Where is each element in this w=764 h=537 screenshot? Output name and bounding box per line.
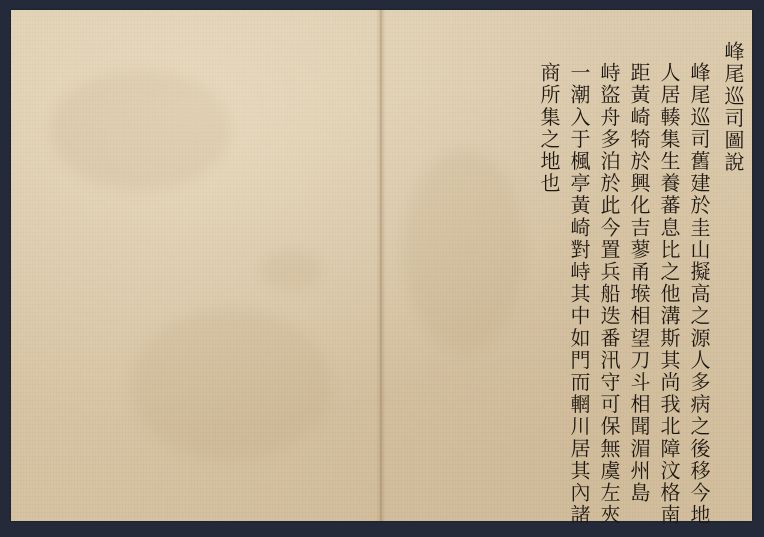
text-column-3: 距黃崎犄於興化吉蓼甬堠相望刀斗相聞湄州島 (628, 62, 650, 518)
paper-stain (131, 310, 331, 460)
paper-stain (51, 70, 231, 190)
album-leaf-paper: 峰尾巡司圖說 峰尾巡司舊建於圭山擬高之源人多病之後移今地 人居輳集生養蕃息比之他… (11, 10, 752, 521)
text-column-4: 峙盜舟多泊於此今置兵船迭番汛守可保無虞左夾 (598, 62, 620, 518)
vertical-text-block: 峰尾巡司圖說 峰尾巡司舊建於圭山擬高之源人多病之後移今地 人居輳集生養蕃息比之他… (538, 38, 746, 518)
text-column-6: 商所集之地也 (538, 62, 560, 518)
right-text-page: 峰尾巡司圖說 峰尾巡司舊建於圭山擬高之源人多病之後移今地 人居輳集生養蕃息比之他… (384, 10, 752, 521)
text-column-1: 峰尾巡司舊建於圭山擬高之源人多病之後移今地 (688, 62, 710, 518)
paper-stain (261, 250, 321, 290)
text-column-2: 人居輳集生養蕃息比之他溝斯其尚我北障汶格南 (658, 62, 680, 518)
text-column-5: 一潮入于楓亭黃崎對峙其中如門而輞川居其內諸 (568, 62, 590, 518)
left-blank-page (11, 10, 378, 521)
paper-stain (404, 150, 524, 350)
document-title: 峰尾巡司圖說 (722, 41, 744, 518)
